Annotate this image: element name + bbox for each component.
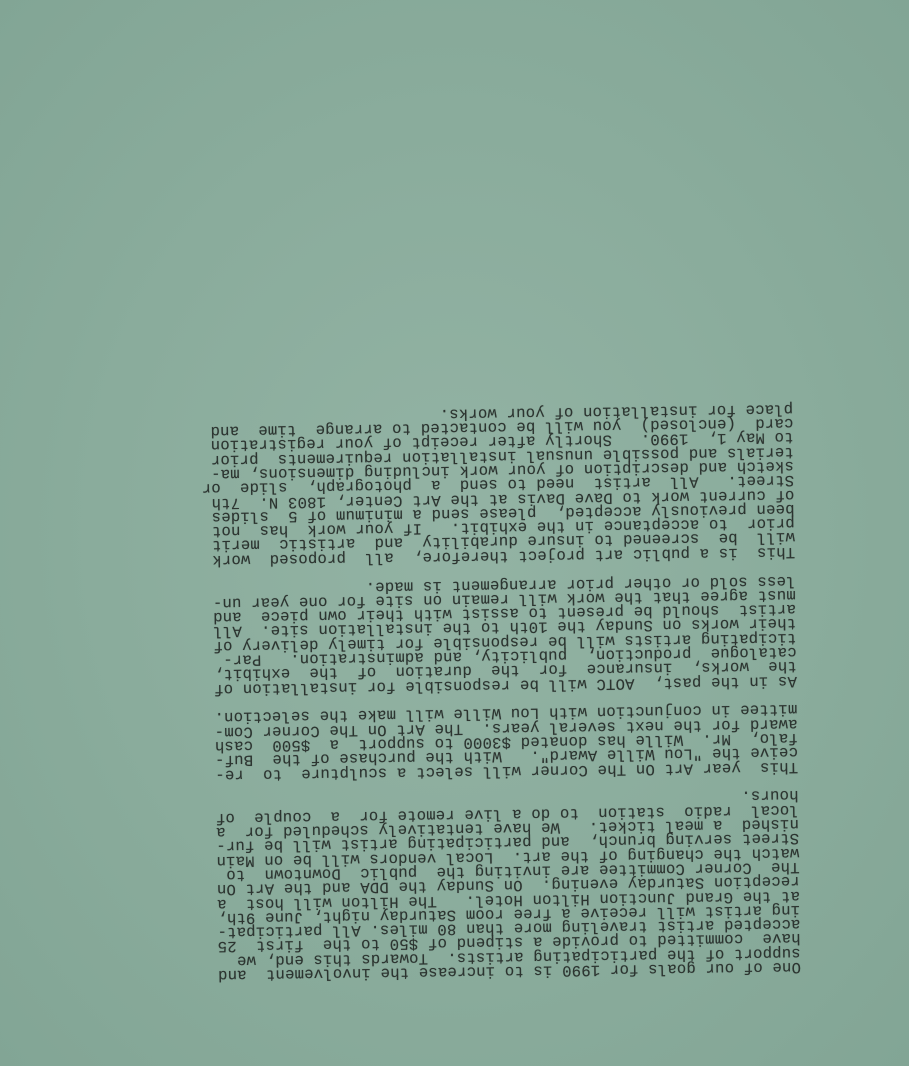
- paragraph: As in the past, AOTC will be responsible…: [75, 573, 797, 697]
- paragraph: This year Art On The Corner will select …: [77, 702, 798, 784]
- typewritten-document: One of our goals for 1990 is to increase…: [73, 387, 801, 984]
- paragraph: This is a public art project therefore, …: [73, 402, 795, 569]
- paragraph: One of our goals for 1990 is to increase…: [78, 788, 801, 984]
- rotated-page: One of our goals for 1990 is to increase…: [0, 0, 909, 1066]
